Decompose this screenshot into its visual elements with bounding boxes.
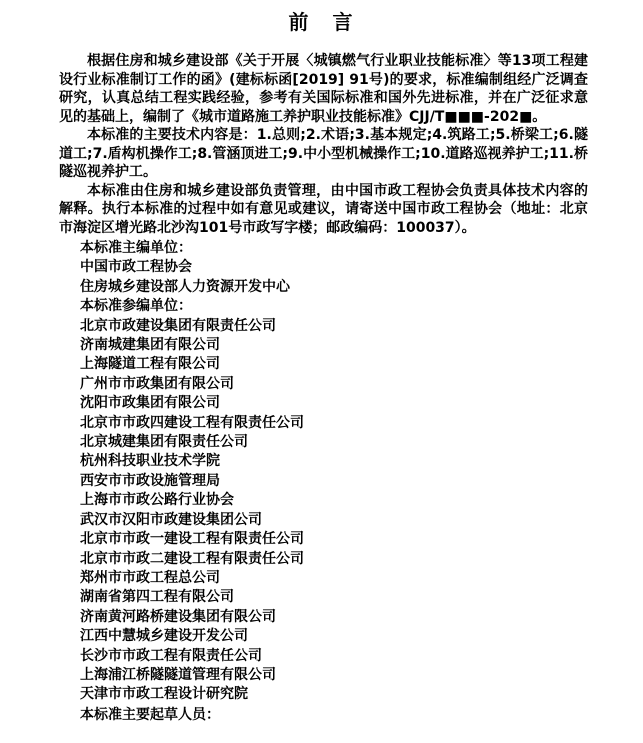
contents-paragraph: 本标准的主要技术内容是：1.总则;2.术语;3.基本规定;4.筑路工;5.桥梁工… — [59, 126, 588, 182]
chief-editor-unit: 中国市政工程协会 — [80, 258, 304, 277]
participant-heading: 本标准参编单位： — [80, 297, 304, 316]
participant-unit: 上海隧道工程有限公司 — [80, 355, 304, 374]
management-paragraph: 本标准由住房和城乡建设部负责管理，由中国市政工程协会负责具体技术内容的解释。执行… — [59, 182, 588, 238]
participant-unit: 济南黄河路桥建设集团有限公司 — [80, 608, 304, 627]
participant-unit: 北京城建集团有限责任公司 — [80, 433, 304, 452]
page-title: 前 言 — [0, 6, 643, 35]
participant-unit: 武汉市汉阳市政建设集团公司 — [80, 511, 304, 530]
chief-editor-unit: 住房城乡建设部人力资源开发中心 — [80, 278, 304, 297]
participant-unit: 长沙市市政工程有限责任公司 — [80, 647, 304, 666]
participant-unit: 天津市市政工程设计研究院 — [80, 685, 304, 704]
participant-unit: 济南城建集团有限公司 — [80, 336, 304, 355]
editor-units-list: 本标准主编单位： 中国市政工程协会 住房城乡建设部人力资源开发中心 本标准参编单… — [80, 239, 304, 705]
participant-unit: 北京市市政一建设工程有限责任公司 — [80, 530, 304, 549]
intro-paragraph: 根据住房和城乡建设部《关于开展〈城镇燃气行业职业技能标准〉等13项工程建设行业标… — [59, 52, 588, 126]
participant-unit: 广州市市政集团有限公司 — [80, 375, 304, 394]
participant-unit: 上海市市政公路行业协会 — [80, 491, 304, 510]
participant-unit: 江西中慧城乡建设开发公司 — [80, 627, 304, 646]
participant-unit: 上海浦江桥隧隧道管理有限公司 — [80, 666, 304, 685]
participant-unit: 沈阳市政集团有限公司 — [80, 394, 304, 413]
participant-unit: 郑州市市政工程总公司 — [80, 569, 304, 588]
drafters-heading: 本标准主要起草人员： — [80, 706, 220, 725]
participant-unit: 北京市政建设集团有限责任公司 — [80, 317, 304, 336]
document-page: 前 言 根据住房和城乡建设部《关于开展〈城镇燃气行业职业技能标准〉等13项工程建… — [0, 0, 643, 743]
participant-unit: 西安市市政设施管理局 — [80, 472, 304, 491]
participant-unit: 北京市市政四建设工程有限责任公司 — [80, 414, 304, 433]
preface-body: 根据住房和城乡建设部《关于开展〈城镇燃气行业职业技能标准〉等13项工程建设行业标… — [59, 52, 588, 237]
participant-unit: 北京市市政二建设工程有限责任公司 — [80, 550, 304, 569]
chief-editor-heading: 本标准主编单位： — [80, 239, 304, 258]
participant-unit: 湖南省第四工程有限公司 — [80, 588, 304, 607]
participant-unit: 杭州科技职业技术学院 — [80, 452, 304, 471]
